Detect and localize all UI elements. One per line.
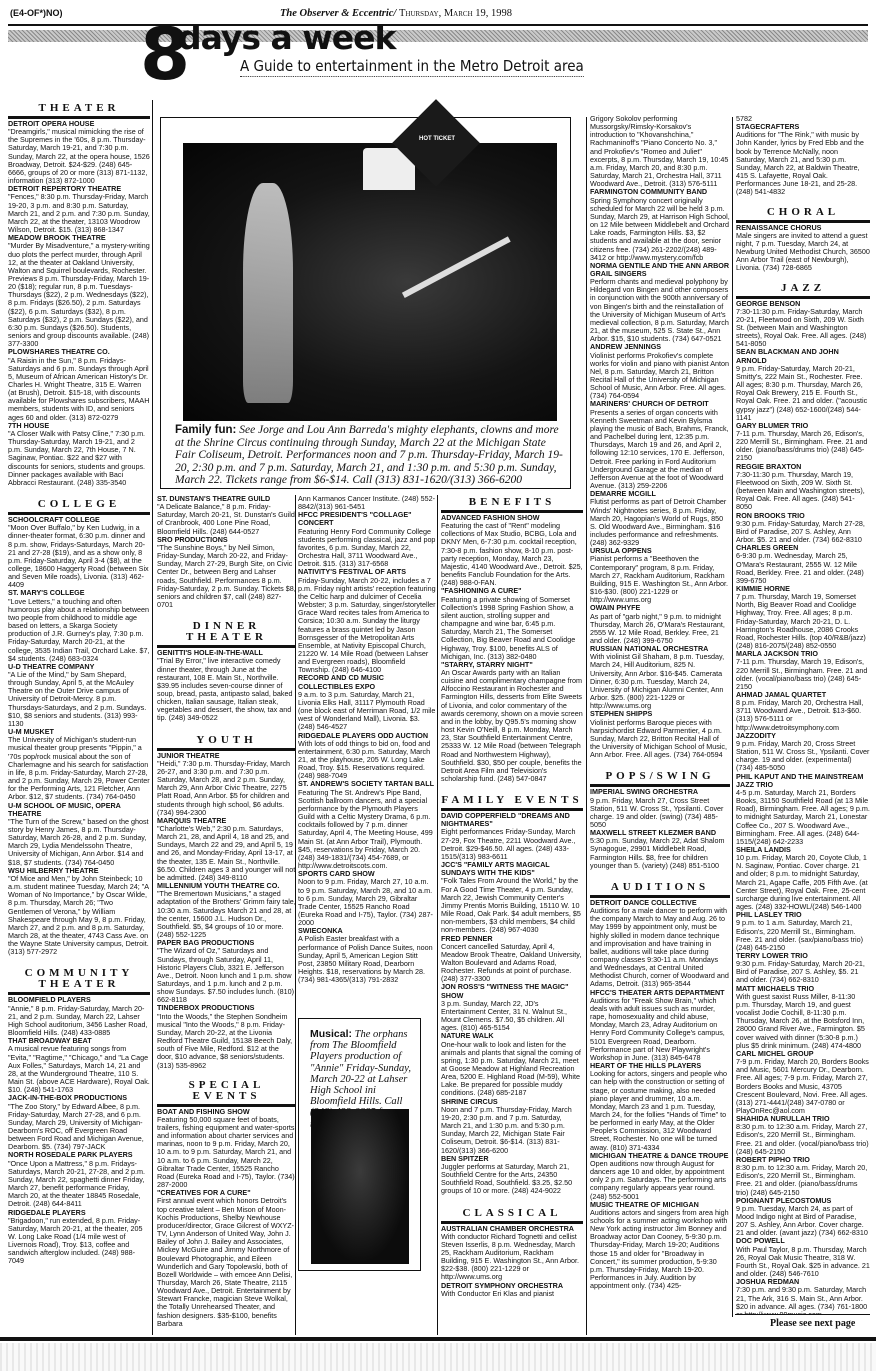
listing-details: Featuring The St. Andrew's Pipe Band, Sc… (298, 788, 433, 870)
column-divider (732, 117, 733, 1317)
listing-details: "Fences," 8:30 p.m. Thursday-Friday, Mar… (8, 192, 150, 234)
listing-name: PHIL KAPUT AND THE MAINSTREAM JAZZ TRIO (736, 773, 870, 789)
listing-item: NORTH ROSEDALE PARK PLAYERS"Once Upon a … (8, 1151, 150, 1208)
listing-item: THAT BROADWAY BEATA musical revue featur… (8, 1037, 150, 1094)
listing-name: NORMA GENTILE AND THE ANN ARBOR GRAIL SI… (590, 262, 730, 278)
listing-details: "Once Upon a Mattress," 8 p.m. Fridays-S… (8, 1159, 145, 1209)
listing-details: Male singers are invited to attend a gue… (736, 231, 870, 273)
listing-item: OWAIN PHYFEAs part of "garb night," 9 p.… (590, 604, 730, 645)
bottom-rule (0, 1337, 876, 1341)
listing-item: DETROIT DANCE COLLECTIVEAuditions for a … (590, 899, 730, 989)
listings-choral: RENAISSANCE CHORUSMale singers are invit… (736, 224, 870, 273)
listing-item: STAGECRAFTERSAuditions for "The Rink," w… (736, 123, 870, 196)
listing-details: 9 p.m. Friday, March 20, Cross Street St… (736, 739, 869, 772)
listing-details: "Brigadoon," run extended, 8 p.m. Friday… (8, 1216, 143, 1266)
listing-item: RIDGEDALE PLAYERS"Brigadoon," run extend… (8, 1209, 150, 1266)
listing-item: GARY BLUMER TRIO7-11 p.m. Thursday, Marc… (736, 422, 870, 463)
masthead-band (8, 30, 868, 42)
listing-item: DEMARRE MCGILLFlutist performs as part o… (590, 490, 730, 547)
listing-item: U-M MUSKETThe University of Michigan's s… (8, 728, 150, 801)
listing-item: STEPHEN SHIPPSViolinist performs Baroque… (590, 710, 730, 759)
listing-item: MATT MICHAELS TRIOWith guest saxist Russ… (736, 985, 870, 1050)
listing-item: DETROIT REPERTORY THEATRE"Fences," 8:30 … (8, 185, 150, 234)
listing-item: ANDREW JENNINGSViolinist performs Prokof… (590, 343, 730, 400)
column-1: THEATER DETROIT OPERA HOUSE"Dreamgirls,"… (8, 95, 150, 1335)
listing-details: Presents a series of organ concerts with… (590, 408, 729, 490)
section-heading-classical: CLASSICAL (441, 1208, 583, 1219)
listing-item: ROBERT PIPHO TRIO8:30 p.m. to 12:30 a.m.… (736, 1156, 870, 1197)
listings-col5: Grigory Sokolov performing Mussorgsky/Ri… (590, 115, 730, 759)
listing-details: Auditions for "Freak Show Brain," which … (590, 996, 725, 1062)
listing-item: POIGNANT PLECOSTOMUS9 p.m. Tuesday, Marc… (736, 1197, 870, 1238)
listing-item: DETROIT SYMPHONY ORCHESTRAWith Conductor… (441, 1282, 583, 1298)
section-heading-community-theater: COMMUNITYTHEATER (8, 968, 150, 990)
listing-details: The University of Michigan's student-run… (8, 735, 150, 801)
listing-item: MILLENNIUM YOUTH THEATRE CO."The Bremert… (157, 882, 296, 939)
listing-item: JOSHUA REDMAN7:30 p.m. and 9:30 p.m. Sat… (736, 1278, 870, 1315)
listing-details: Friday-Sunday, March 20-22, includes a 7… (298, 576, 436, 675)
edition-code: (E4-OF*)NO) (10, 8, 63, 18)
section-heading-choral: CHORAL (736, 207, 870, 218)
listings-jazz: GEORGE BENSON7:30-11:30 p.m. Friday-Satu… (736, 300, 870, 1316)
listing-item: WSU HILBERRY THEATRE"Of Mice and Men," b… (8, 867, 150, 957)
listings-community-theater: BLOOMFIELD PLAYERS"Annie," 8 p.m. Friday… (8, 996, 150, 1265)
listing-details: With guest saxist Russ Miller, 8-11:30 p… (736, 992, 865, 1050)
listing-details: Featuring 50,000 square feet of boats, t… (157, 1115, 295, 1189)
listing-details: Looking for actors, singers and people w… (590, 1069, 727, 1151)
section-heading-dinner-theater: DINNERTHEATER (157, 621, 296, 643)
listing-details: "Annie," 8 p.m. Friday-Saturday, March 2… (8, 1004, 147, 1037)
section-heading-jazz: JAZZ (736, 283, 870, 294)
listing-details: 8:30 p.m. to 12:30 a.m. Friday, March 27… (736, 1122, 869, 1155)
listings-benefits: ADVANCED FASHION SHOWFeaturing the cast … (441, 514, 583, 783)
listing-details: 6-9:30 p.m. Wednesday, March 25, O'Mara'… (736, 551, 864, 584)
section-heading-family-events: FAMILY EVENTS (441, 795, 583, 806)
listing-name: DAVID COPPERFIELD "DREAMS AND NIGHTMARES… (441, 812, 583, 828)
listing-details: 9 p.m. Friday, March 27, Cross Street St… (590, 796, 723, 829)
listing-item: JCC'S "FAMILY ARTS MAGICAL SUNDAYS WITH … (441, 861, 583, 934)
listing-name: HFCC PRESIDENT'S "COLLAGE" CONCERT (298, 511, 436, 527)
listing-item: MARQUIS THEATRE"Charlotte's Web," 2:30 p… (157, 817, 296, 882)
listing-item: ST. MARY'S COLLEGE"Love Letters," a touc… (8, 589, 150, 662)
listing-item: SHAHIDA NURULLAH TRIO8:30 p.m. to 12:30 … (736, 1115, 870, 1156)
listings-col3: Ann Karmanos Cancer Institute. (248) 552… (298, 495, 436, 984)
listing-item: U-M SCHOOL OF MUSIC, OPERA THEATRE"The T… (8, 802, 150, 867)
listing-details: 8:30 p.m. to 12:30 a.m. Friday, March 20… (736, 1163, 867, 1196)
listing-details: Ann Karmanos Cancer Institute. (248) 552… (298, 495, 435, 511)
listing-item: PHIL KAPUT AND THE MAINSTREAM JAZZ TRIO4… (736, 773, 870, 846)
column-divider (152, 100, 153, 1335)
listing-details: 7:30-11:30 p.m. Thursday, March 19, Flee… (736, 470, 865, 512)
column-2: ST. DUNSTAN'S THEATRE GUILD"A Delicate B… (157, 495, 296, 1335)
listing-item: HFCC'S THEATER ARTS DEPARTMENTAuditions … (590, 989, 730, 1062)
listing-item: NATURE WALKOne-hour walk to look and lis… (441, 1032, 583, 1097)
column-3: Ann Karmanos Cancer Institute. (248) 552… (298, 495, 436, 1015)
listing-item: MAXWELL STREET KLEZMER BAND5:30 p.m. Sun… (590, 829, 730, 870)
listings-dinner-theater: GENITTI'S HOLE-IN-THE-WALL"Trial By Erro… (157, 649, 296, 722)
listing-details: "Moon Over Buffalo," by Ken Ludwig, in a… (8, 523, 149, 589)
listing-item: CARL MICHEL GROUP7-9 p.m. Friday, March … (736, 1050, 870, 1115)
listing-details: An Oscar Awards party with an Italian cu… (441, 668, 583, 783)
listing-item: 7TH HOUSE"A Closer Walk with Patsy Cline… (8, 422, 150, 487)
listing-details: "The Zoo Story," by Edward Albee, 8 p.m.… (8, 1102, 144, 1152)
listing-item: HEART OF THE HILLS PLAYERSLooking for ac… (590, 1062, 730, 1152)
section-heading-benefits: BENEFITS (441, 497, 583, 508)
listing-details: First annual event which honors Detroit'… (157, 1196, 294, 1327)
listing-item: RECORD AND CD MUSIC COLLECTIBLES EXPO9 a… (298, 674, 436, 731)
listing-details: Violinist performs Baroque pieces with h… (590, 718, 727, 760)
masthead-title: days a week (178, 20, 395, 56)
listing-item: "FASHIONING A CURE"Featuring a private s… (441, 587, 583, 660)
listing-item: DETROIT OPERA HOUSE"Dreamgirls," musical… (8, 120, 150, 185)
listing-details: Grigory Sokolov performing Mussorgsky/Ri… (590, 115, 728, 188)
listing-item: SCHOOLCRAFT COLLEGE"Moon Over Buffalo," … (8, 516, 150, 589)
photo-caption: Family fun: See Jorge and Lou Ann Barred… (175, 424, 565, 487)
listing-details: 7:30-11:30 p.m. Friday-Saturday, March 2… (736, 307, 866, 349)
listing-details: Flutist performs as part of Detroit Cham… (590, 497, 726, 547)
musical-photo-box: Musical: The orphans from The Bloomfield… (298, 1018, 421, 1271)
listing-details: 9 p.m. Tuesday, March 24, as part of Moo… (736, 1204, 868, 1237)
listing-details: With Conductor Eri Klas and pianist (441, 1289, 554, 1298)
listing-item: PHIL LASLEY TRIO9 p.m. to 1 a.m. Saturda… (736, 911, 870, 952)
listing-details: Spring Symphony concert originally sched… (590, 196, 730, 262)
listing-item: SPORTS CARD SHOWNoon to 9 p.m. Friday, M… (298, 870, 436, 927)
listing-details: With conductor Richard Tognetti and cell… (441, 1232, 579, 1282)
listing-item: BOAT AND FISHING SHOWFeaturing 50,000 sq… (157, 1108, 296, 1190)
listing-item: ST. DUNSTAN'S THEATRE GUILD"A Delicate B… (157, 495, 296, 536)
listing-item: CHARLES GREEN6-9:30 p.m. Wednesday, Marc… (736, 544, 870, 585)
next-page-link[interactable]: Please see next page (770, 1318, 855, 1329)
listing-details: "Folk Tales From Around the World," by t… (441, 876, 581, 934)
listing-details: 8 p.m. Friday, March 20, Orchestra Hall,… (736, 698, 863, 731)
listing-item: DAVID COPPERFIELD "DREAMS AND NIGHTMARES… (441, 812, 583, 861)
listing-details: A musical revue featuring songs from "Ev… (8, 1044, 150, 1094)
listing-name: JCC'S "FAMILY ARTS MAGICAL SUNDAYS WITH … (441, 861, 583, 877)
listing-details: "Into the Woods," the Stephen Sondheim m… (157, 1012, 292, 1070)
listing-details: With Paul Taylor, 8 p.m. Thursday, March… (736, 1245, 870, 1278)
listing-details: "Love Letters," a touching and often hum… (8, 597, 149, 663)
section-heading-auditions: AUDITIONS (590, 882, 730, 893)
listing-details: With violinist Gil Shaham, 8 p.m. Tuesda… (590, 652, 724, 710)
listing-item: JUNIOR THEATRE"Heidi," 7:30 p.m. Thursda… (157, 752, 296, 817)
listing-details: "A Raisin in the Sun," 8 p.m. Fridays-Sa… (8, 356, 149, 422)
performer-figure (243, 183, 293, 403)
listing-item: PAPER BAG PRODUCTIONS"The Wizard of Oz,"… (157, 939, 296, 1004)
section-heading-theater: THEATER (8, 103, 150, 114)
listing-details: Featuring Henry Ford Community College s… (298, 527, 435, 569)
listing-details: "A Delicate Balance," 8 p.m. Friday-Satu… (157, 502, 295, 535)
section-heading-youth: YOUTH (157, 735, 296, 746)
hot-ticket-label: HOT TICKET (412, 136, 462, 143)
section-heading-college: COLLEGE (8, 499, 150, 510)
listing-item: GENITTI'S HOLE-IN-THE-WALL"Trial By Erro… (157, 649, 296, 722)
listing-details: 7:30 p.m. and 9:30 p.m. Saturday, March … (736, 1285, 867, 1315)
listing-details: "Heidi," 7:30 p.m. Thursday-Friday, Marc… (157, 759, 290, 817)
annie-photo (311, 1109, 409, 1264)
listing-details: Juggler performs at Saturday, March 21, … (441, 1162, 572, 1195)
listing-item: KIMMIE HORNE7 p.m. Thursday, March 19, S… (736, 585, 870, 650)
listing-name: U-M SCHOOL OF MUSIC, OPERA THEATRE (8, 802, 150, 818)
listing-item: BLOOMFIELD PLAYERS"Annie," 8 p.m. Friday… (8, 996, 150, 1037)
listing-item: AUSTRALIAN CHAMBER ORCHESTRAWith conduct… (441, 1225, 583, 1282)
listing-details: 7 p.m. Thursday, March 19, Somerset Nort… (736, 592, 866, 650)
listings-pops-swing: IMPERIAL SWING ORCHESTRA9 p.m. Friday, M… (590, 788, 730, 870)
listings-college: SCHOOLCRAFT COLLEGE"Moon Over Buffalo," … (8, 516, 150, 956)
column-divider (586, 117, 587, 1335)
listing-item: RON BROOKS TRIO9:30 p.m. Friday-Saturday… (736, 512, 870, 545)
column-divider (437, 495, 438, 1335)
listing-details: "Charlotte's Web," 2:30 p.m. Saturdays, … (157, 824, 295, 882)
listing-details: Auditions for "The Rink," with music by … (736, 130, 864, 196)
listings-family-events: DAVID COPPERFIELD "DREAMS AND NIGHTMARES… (441, 812, 583, 1195)
listing-item: HFCC PRESIDENT'S "COLLAGE" CONCERTFeatur… (298, 511, 436, 568)
listing-item: JACK-IN-THE-BOX PRODUCTIONS"The Zoo Stor… (8, 1094, 150, 1151)
listing-item: REGGIE BRAXTON7:30-11:30 p.m. Thursday, … (736, 463, 870, 512)
listing-details: 7-11 p.m. Thursday, March 26, Edison's, … (736, 429, 867, 462)
listings-theater: DETROIT OPERA HOUSE"Dreamgirls," musical… (8, 120, 150, 487)
listing-item: TINDERBOX PRODUCTIONS"Into the Woods," t… (157, 1004, 296, 1069)
listing-item: GEORGE BENSON7:30-11:30 p.m. Friday-Satu… (736, 300, 870, 349)
listings-col6: 5782STAGECRAFTERSAuditions for "The Rink… (736, 115, 870, 197)
listing-item: AHMAD JAMAL QUARTET8 p.m. Friday, March … (736, 691, 870, 732)
listing-item: ST. ANDREW'S SOCIETY TARTAN BALLFeaturin… (298, 780, 436, 870)
listing-details: Perform chants and medieval polyphony by… (590, 277, 729, 343)
listing-item: SHRINE CIRCUSNoon and 7 p.m. Thursday-Fr… (441, 1098, 583, 1155)
listing-details: 7-11 p.m. Thursday, March 19, Edison's, … (736, 657, 867, 690)
listing-details: 10 p.m. Friday, March 20, Coyote Club, 1… (736, 853, 868, 911)
listing-details: "The Turn of the Screw," based on the gh… (8, 817, 149, 867)
listing-details: 5:30 p.m. Sunday, March 22, Adat Shalom … (590, 836, 725, 869)
listing-item: URSULA OPPENSPianist performs a "Beethov… (590, 547, 730, 604)
listing-details: Eight performances Friday-Sunday, March … (441, 827, 576, 860)
column-4: BENEFITS ADVANCED FASHION SHOWFeaturing … (441, 495, 583, 1335)
listing-details: As part of "garb night," 9 p.m. to midni… (590, 612, 725, 645)
listing-item: DOC POWELLWith Paul Taylor, 8 p.m. Thurs… (736, 1237, 870, 1278)
feature-photo-box: Family fun: See Jorge and Lou Ann Barred… (160, 117, 571, 489)
column-6: 5782STAGECRAFTERSAuditions for "The Rink… (736, 115, 870, 1315)
listing-details: Auditions actors and singers from area h… (590, 1208, 729, 1290)
listing-name: JON ROSS'S "WITNESS THE MAGIC" SHOW (441, 983, 583, 999)
section-heading-special-events: SPECIALEVENTS (157, 1080, 296, 1102)
masthead-subtitle: A Guide to entertainment in the Metro De… (240, 57, 584, 77)
column-5: Grigory Sokolov performing Mussorgsky/Ri… (590, 115, 730, 1335)
listing-details: One-hour walk to look and listen for the… (441, 1040, 581, 1098)
listing-item: "STARRY, STARRY NIGHT"An Oscar Awards pa… (441, 661, 583, 783)
listing-details: Auditions for a male dancer to perform w… (590, 906, 729, 988)
listing-item: RUSSIAN NATIONAL ORCHESTRAWith violinist… (590, 645, 730, 710)
listing-item: JON ROSS'S "WITNESS THE MAGIC" SHOW3 p.m… (441, 983, 583, 1032)
listing-item: IMPERIAL SWING ORCHESTRA9 p.m. Friday, M… (590, 788, 730, 829)
listing-details: "Dreamgirls," musical mimicking the rise… (8, 127, 150, 185)
listing-details: "Murder By Misadventure," a mystery-writ… (8, 241, 150, 348)
listing-name: RECORD AND CD MUSIC COLLECTIBLES EXPO (298, 674, 436, 690)
listing-item: SRO PRODUCTIONS"The Sunshine Boys," by N… (157, 536, 296, 609)
listing-item: FARMINGTON COMMUNITY BANDSpring Symphony… (590, 188, 730, 261)
listing-details: "The Bremertown Musicians," a staged ada… (157, 889, 296, 939)
listing-item: BEN SPITZERJuggler performs at Saturday,… (441, 1155, 583, 1196)
listing-details: Noon and 7 p.m. Thursday-Friday, March 1… (441, 1105, 572, 1155)
listing-item: U-D THEATRE COMPANY"A Lie of the Mind," … (8, 663, 150, 728)
listing-details: "The Wizard of Oz," Saturdays and Sunday… (157, 946, 294, 1004)
section-heading-pops-swing: POPS/SWING (590, 771, 730, 782)
issue-date: Thursday, March 19, 1998 (399, 8, 512, 19)
listing-details: "Trial By Error," live interactive comed… (157, 656, 292, 722)
circus-photo (183, 143, 557, 421)
listing-details: 7-9 p.m. Friday, March 20, Borders Books… (736, 1057, 869, 1115)
listing-details: "Of Mice and Men," by John Steinbeck; 10… (8, 874, 149, 956)
listing-item: FRED PENNERConcert cancelled Saturday, A… (441, 935, 583, 984)
listings-special-events: BOAT AND FISHING SHOWFeaturing 50,000 sq… (157, 1108, 296, 1328)
listing-item: Ann Karmanos Cancer Institute. (248) 552… (298, 495, 436, 511)
listing-details: 9 a.m. to 3 p.m. Saturday, March 21, Liv… (298, 690, 435, 732)
listing-details: Noon to 9 p.m. Friday, March 27, 10 a.m.… (298, 877, 433, 927)
listing-item: "CREATIVES FOR A CURE"First annual event… (157, 1189, 296, 1328)
listing-details: 9:30 p.m. Friday-Saturday, March 20-21, … (736, 959, 865, 984)
column-divider (295, 495, 296, 1335)
listings-youth: JUNIOR THEATRE"Heidi," 7:30 p.m. Thursda… (157, 752, 296, 1070)
listings-auditions: DETROIT DANCE COLLECTIVEAuditions for a … (590, 899, 730, 1291)
listing-item: ADVANCED FASHION SHOWFeaturing the cast … (441, 514, 583, 587)
listing-details: 9 p.m. to 1 a.m. Saturday, March 21, Edi… (736, 918, 863, 951)
listing-details: "The Sunshine Boys," by Neil Simon, Frid… (157, 543, 296, 609)
listing-item: SEAN BLACKMAN AND JOHN ARNOLD9 p.m. Frid… (736, 348, 870, 421)
listing-details: A Polish Easter breakfast with a perform… (298, 934, 433, 984)
listings-classical: AUSTRALIAN CHAMBER ORCHESTRAWith conduct… (441, 1225, 583, 1298)
listing-details: "A Lie of the Mind," by Sam Shepard, thr… (8, 670, 146, 728)
listing-details: Pianist performs a "Beethoven the Contem… (590, 554, 728, 604)
listing-details: Open auditions now through August for da… (590, 1159, 726, 1201)
listing-details: 4-5 p.m. Saturday, March 21, Borders Boo… (736, 788, 870, 846)
listing-details: Featuring a private showing of Somerset … (441, 595, 575, 661)
listing-item: JAZZODITY9 p.m. Friday, March 20, Cross … (736, 732, 870, 773)
listing-item: RIDGEDALE PLAYERS ODD AUCTIONWith lots o… (298, 732, 436, 781)
top-rule (8, 24, 868, 26)
listing-item: NATIVITY'S FESTIVAL OF ARTSFriday-Sunday… (298, 568, 436, 674)
listing-item: PLOWSHARES THEATRE CO."A Raisin in the S… (8, 348, 150, 421)
listing-details: Featuring the cast of "Rent" modeling co… (441, 521, 583, 587)
listing-details: Concert cancelled Saturday, April 4, Mea… (441, 942, 581, 984)
listing-item: SWIECONKAA Polish Easter breakfast with … (298, 927, 436, 984)
listings-col2-top: ST. DUNSTAN'S THEATRE GUILD"A Delicate B… (157, 495, 296, 609)
folio-line: (E4-OF*)NO) The Observer & Eccentric/ Th… (10, 6, 866, 22)
listing-name: SEAN BLACKMAN AND JOHN ARNOLD (736, 348, 870, 364)
listing-details: 9 p.m. Friday-Saturday, March 20-21, Smi… (736, 364, 867, 422)
listing-item: MARLA JACKSON TRIO7-11 p.m. Thursday, Ma… (736, 650, 870, 691)
listing-details: 3 p.m. Sunday, March 22, JD's Entertainm… (441, 999, 567, 1032)
listing-details: 9:30 p.m. Friday-Saturday, March 27-28, … (736, 519, 865, 544)
footer-rule (735, 1314, 870, 1315)
listing-item: NORMA GENTILE AND THE ANN ARBOR GRAIL SI… (590, 262, 730, 344)
listing-item: TERRY LOWER TRIO9:30 p.m. Friday-Saturda… (736, 952, 870, 985)
listing-details: Violinist performs Prokofiev's complete … (590, 351, 729, 401)
listing-item: MUSIC THEATRE OF MICHIGANAuditions actor… (590, 1201, 730, 1291)
listing-details: With lots of odd things to bid on, food … (298, 739, 430, 781)
listing-item: MICHIGAN THEATRE & DANCE TROUPEOpen audi… (590, 1152, 730, 1201)
listing-item: MEADOW BROOK THEATRE"Murder By Misadvent… (8, 234, 150, 348)
listing-item: MARINERS' CHURCH OF DETROITPresents a se… (590, 400, 730, 490)
listing-item: RENAISSANCE CHORUSMale singers are invit… (736, 224, 870, 273)
listing-item: SHEILA LANDIS10 p.m. Friday, March 20, C… (736, 846, 870, 911)
listing-item: Grigory Sokolov performing Mussorgsky/Ri… (590, 115, 730, 188)
listing-details: "A Closer Walk with Patsy Cline," 7:30 p… (8, 429, 145, 487)
elephant-blanket (402, 236, 520, 315)
scan-margin (0, 1343, 876, 1371)
